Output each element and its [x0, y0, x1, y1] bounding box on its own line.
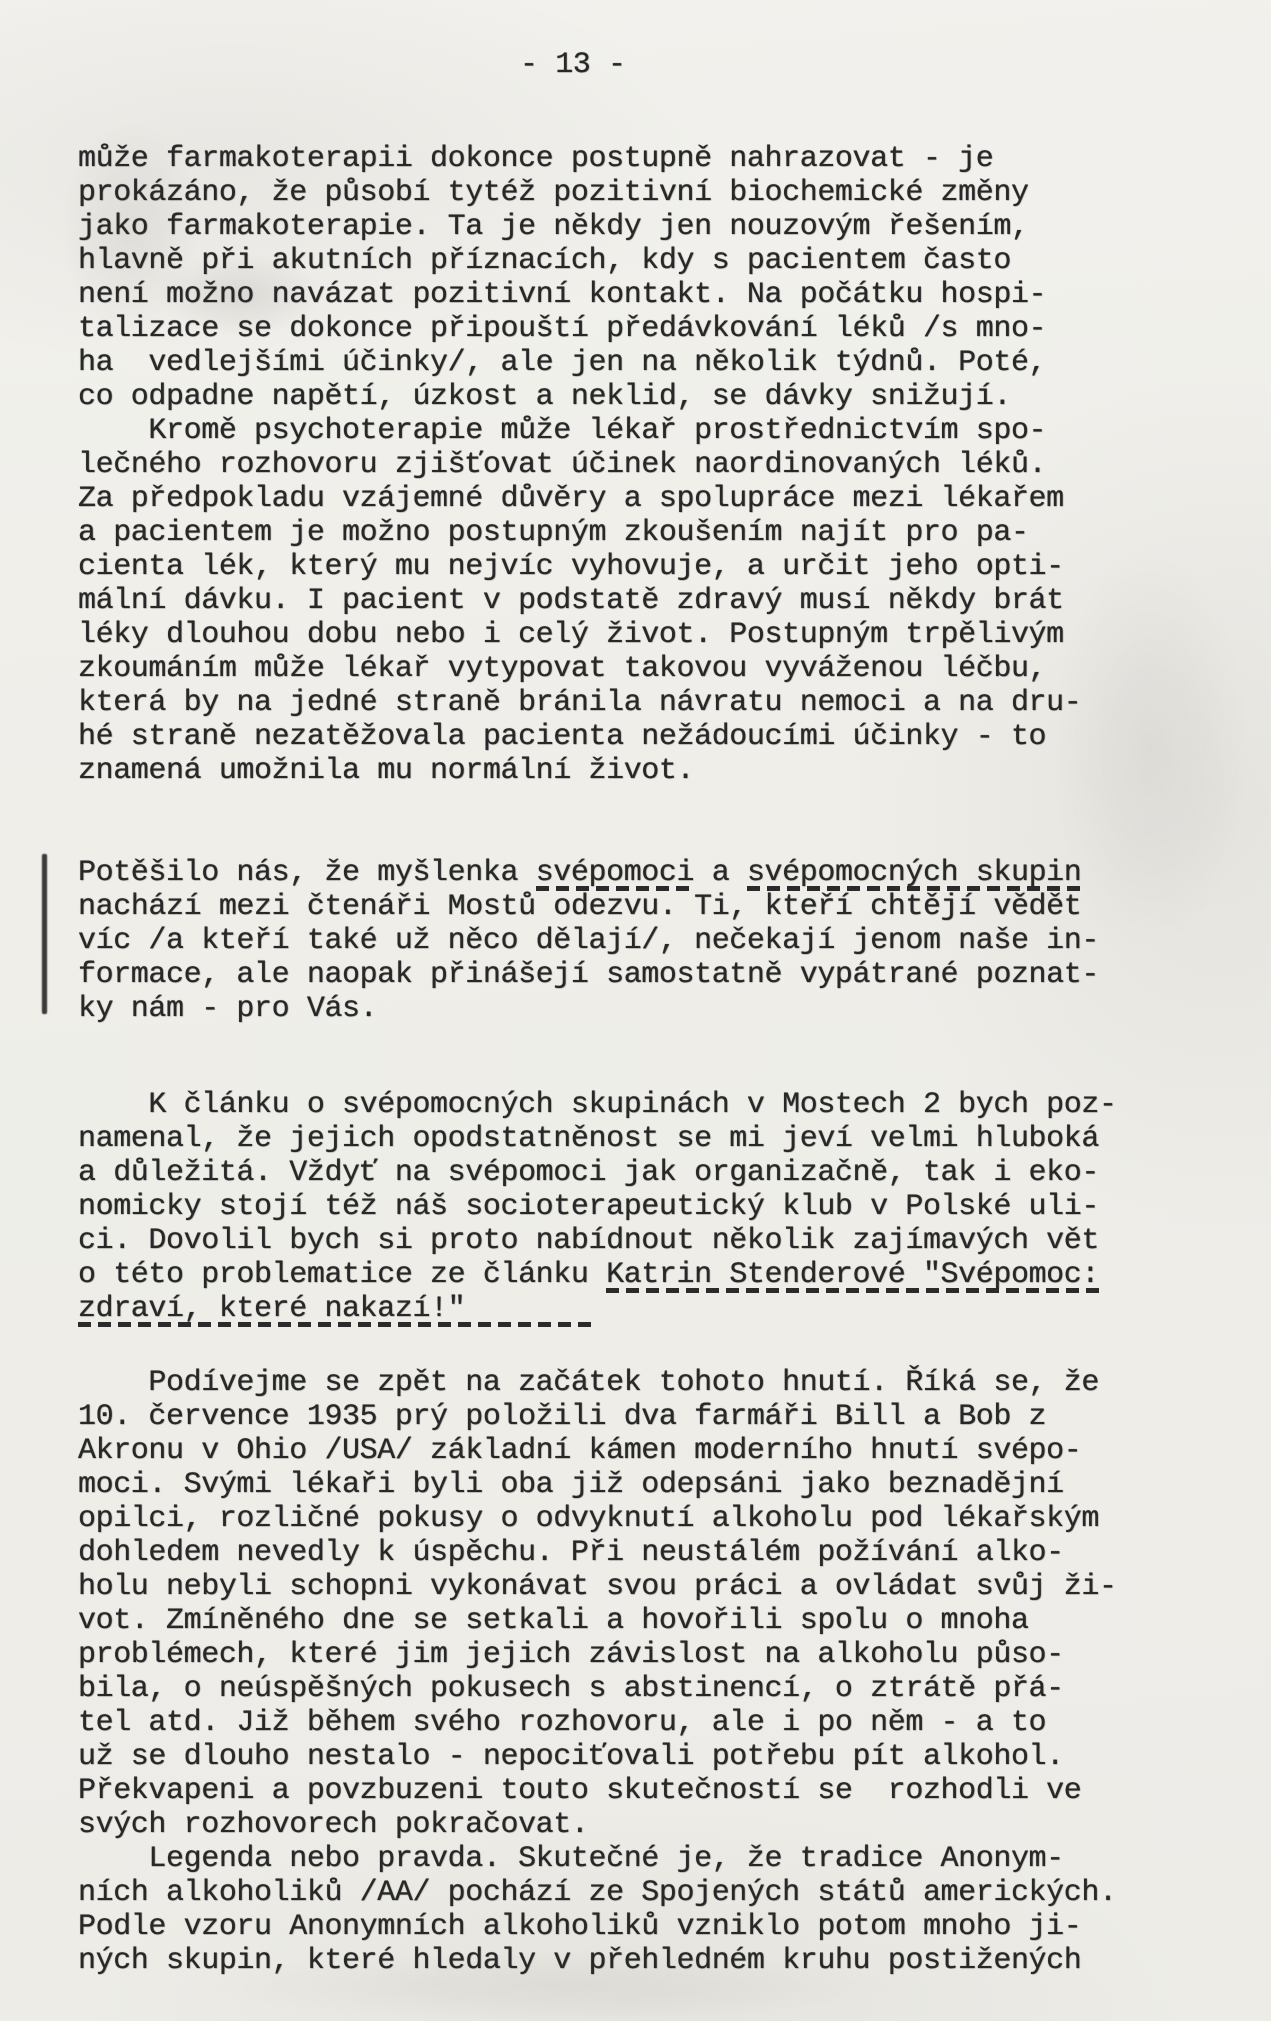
- paragraph-aa-history: Podívejme se zpět na začátek tohoto hnut…: [78, 1366, 1117, 1978]
- text-line: dohledem nevedly k úspěchu. Při neustálé…: [78, 1536, 1117, 1570]
- text-line: prokázáno, že působí tytéž pozitivní bio…: [78, 176, 1081, 210]
- paragraph-most-article: K článku o svépomocných skupinách v Most…: [78, 1088, 1117, 1326]
- text-line: už se dlouho nestalo - nepociťovali potř…: [78, 1740, 1117, 1774]
- text-line: mální dávku. I pacient v podstatě zdravý…: [78, 584, 1081, 618]
- text-line: co odpadne napětí, úzkost a neklid, se d…: [78, 380, 1081, 414]
- text-line: 10. července 1935 prý položili dva farmá…: [78, 1400, 1117, 1434]
- text-line: ha vedlejšími účinky/, ale jen na několi…: [78, 346, 1081, 380]
- text-line: Kromě psychoterapie může lékař prostředn…: [78, 414, 1081, 448]
- text-line: léky dlouhou dobu nebo i celý život. Pos…: [78, 618, 1081, 652]
- text-line: K článku o svépomocných skupinách v Most…: [78, 1088, 1117, 1122]
- text-line: bila, o neúspěšných pokusech s abstinenc…: [78, 1672, 1117, 1706]
- underlined-article-title: zdraví, které nakazí!": [78, 1292, 593, 1327]
- text-line: Potěšilo nás, že myšlenka svépomoci a sv…: [78, 856, 1099, 890]
- text-line: lečného rozhovoru zjišťovat účinek naord…: [78, 448, 1081, 482]
- document-sheet: - 13 - může farmakoterapii dokonce postu…: [0, 0, 1271, 2021]
- underlined-phrase: svépomocných skupin: [747, 856, 1081, 891]
- text-line: ných skupin, které hledaly v přehledném …: [78, 1944, 1117, 1978]
- text-line: víc /a kteří také už něco dělají/, neček…: [78, 924, 1099, 958]
- scanned-page: { "colors": {"paper": "#efeeea", "ink": …: [0, 0, 1271, 2021]
- text-line: Podívejme se zpět na začátek tohoto hnut…: [78, 1366, 1117, 1400]
- text-line: která by na jedné straně bránila návratu…: [78, 686, 1081, 720]
- text-line: tel atd. Již během svého rozhovoru, ale …: [78, 1706, 1117, 1740]
- page-number: - 13 -: [520, 48, 626, 82]
- text-line: namenal, že jejich opodstatněnost se mi …: [78, 1122, 1117, 1156]
- text-line: ních alkoholiků /AA/ pochází ze Spojenýc…: [78, 1876, 1117, 1910]
- paragraph-pharmacotherapy: může farmakoterapii dokonce postupně nah…: [78, 142, 1081, 788]
- text-line: zkoumáním může lékař vytypovat takovou v…: [78, 652, 1081, 686]
- text-segment: o této problematice ze článku: [78, 1258, 606, 1292]
- text-line: hlavně při akutních příznacích, kdy s pa…: [78, 244, 1081, 278]
- text-line: talizace se dokonce připouští předávková…: [78, 312, 1081, 346]
- margin-emphasis-bar: [42, 854, 47, 1014]
- text-line: problémech, které jim jejich závislost n…: [78, 1638, 1117, 1672]
- text-line: a pacientem je možno postupným zkoušením…: [78, 516, 1081, 550]
- text-line: Podle vzoru Anonymních alkoholiků vznikl…: [78, 1910, 1117, 1944]
- underlined-phrase: svépomoci: [536, 856, 694, 891]
- text-line: formace, ale naopak přinášejí samostatně…: [78, 958, 1099, 992]
- text-line: Legenda nebo pravda. Skutečné je, že tra…: [78, 1842, 1117, 1876]
- text-line: o této problematice ze článku Katrin Ste…: [78, 1258, 1117, 1292]
- text-line: zdraví, které nakazí!": [78, 1292, 1117, 1326]
- text-line: moci. Svými lékaři byli oba již odepsáni…: [78, 1468, 1117, 1502]
- text-line: Překvapeni a povzbuzeni touto skutečnost…: [78, 1774, 1117, 1808]
- text-line: Akronu v Ohio /USA/ základní kámen moder…: [78, 1434, 1117, 1468]
- text-line: znamená umožnila mu normální život.: [78, 754, 1081, 788]
- text-line: vot. Zmíněného dne se setkali a hovořili…: [78, 1604, 1117, 1638]
- text-line: nachází mezi čtenáři Mostů odezvu. Ti, k…: [78, 890, 1099, 924]
- text-line: cienta lék, který mu nejvíc vyhovuje, a …: [78, 550, 1081, 584]
- text-line: není možno navázat pozitivní kontakt. Na…: [78, 278, 1081, 312]
- text-line: nomicky stojí též náš socioterapeutický …: [78, 1190, 1117, 1224]
- text-line: ci. Dovolil bych si proto nabídnout něko…: [78, 1224, 1117, 1258]
- text-line: hé straně nezatěžovala pacienta nežádouc…: [78, 720, 1081, 754]
- text-line: Za předpokladu vzájemné důvěry a spolupr…: [78, 482, 1081, 516]
- text-line: svých rozhovorech pokračovat.: [78, 1808, 1117, 1842]
- text-line: a důležitá. Vždyť na svépomoci jak organ…: [78, 1156, 1117, 1190]
- text-segment: a: [694, 856, 747, 890]
- text-line: jako farmakoterapie. Ta je někdy jen nou…: [78, 210, 1081, 244]
- text-line: opilci, rozličné pokusy o odvyknutí alko…: [78, 1502, 1117, 1536]
- text-line: holu nebyli schopni vykonávat svou práci…: [78, 1570, 1117, 1604]
- text-line: může farmakoterapii dokonce postupně nah…: [78, 142, 1081, 176]
- text-line: ky nám - pro Vás.: [78, 992, 1099, 1026]
- underlined-article-title: Katrin Stenderové "Svépomoc:: [606, 1258, 1099, 1293]
- paragraph-self-help-response: Potěšilo nás, že myšlenka svépomoci a sv…: [78, 856, 1099, 1026]
- text-segment: Potěšilo nás, že myšlenka: [78, 856, 536, 890]
